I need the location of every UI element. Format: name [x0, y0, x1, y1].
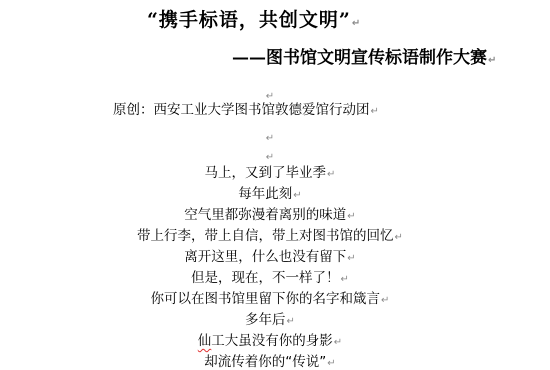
poem-line[interactable]: 仙工大虽没有你的身影↵	[0, 335, 540, 349]
poem-line: 马上，又到了毕业季↵	[0, 167, 540, 181]
poem-line-text: 离开这里，什么也没有留下	[184, 249, 346, 265]
poem-line-text: 却流传着你的“传说”	[204, 354, 326, 370]
poem-line-text: 带上行李，带上自信，带上对图书馆的回忆	[137, 228, 394, 244]
paragraph-mark-icon: ↵	[293, 190, 301, 201]
poem-line: 空气里都弥漫着离别的味道↵	[0, 209, 540, 223]
author-line: 原创：西安工业大学图书馆敦德爱馆行动团↵	[113, 104, 379, 118]
empty-paragraph: ↵	[0, 147, 540, 163]
paragraph-mark-icon: ↵	[341, 274, 349, 285]
poem-line: 带上行李，带上自信，带上对图书馆的回忆↵	[0, 230, 540, 244]
paragraph-mark-icon: ↵	[395, 232, 403, 243]
paragraph-mark-icon: ↵	[266, 152, 274, 163]
empty-paragraph: ↵	[0, 128, 540, 144]
poem-line: 却流传着你的“传说”↵	[0, 356, 540, 370]
title-text: “携手标语，共创文明”	[147, 9, 351, 31]
poem-line: 离开这里，什么也没有留下↵	[0, 251, 540, 265]
paragraph-mark-icon: ↵	[327, 169, 335, 180]
document-subtitle: ——图书馆文明宣传标语制作大赛↵	[232, 50, 496, 67]
empty-paragraph: ↵	[0, 86, 540, 102]
poem-line-text: 空气里都弥漫着离别的味道	[184, 207, 346, 223]
poem-line-text: 但是，现在，不一样了！	[191, 270, 340, 286]
spellcheck-flagged-word[interactable]: 仙	[198, 333, 212, 349]
poem-line-text: 马上，又到了毕业季	[205, 165, 327, 181]
paragraph-mark-icon: ↵	[334, 337, 342, 348]
paragraph-mark-icon: ↵	[266, 133, 274, 144]
paragraph-mark-icon: ↵	[347, 211, 355, 222]
poem-line: 但是，现在，不一样了！↵	[0, 272, 540, 286]
paragraph-mark-icon: ↵	[488, 55, 496, 66]
paragraph-mark-icon: ↵	[327, 358, 335, 369]
paragraph-mark-icon: ↵	[381, 295, 389, 306]
poem-line-text: 多年后	[245, 312, 286, 328]
author-text: 原创：西安工业大学图书馆敦德爱馆行动团	[113, 102, 370, 118]
paragraph-mark-icon: ↵	[266, 91, 274, 102]
paragraph-mark-icon: ↵	[287, 316, 295, 327]
paragraph-mark-icon: ↵	[371, 106, 379, 117]
document-title: “携手标语，共创文明”↵	[147, 11, 361, 30]
paragraph-mark-icon: ↵	[347, 253, 355, 264]
poem-line: 多年后↵	[0, 314, 540, 328]
poem-line: 每年此刻↵	[0, 188, 540, 202]
poem-line: 你可以在图书馆里留下你的名字和箴言↵	[0, 293, 540, 307]
poem-line-text-rest: 工大虽没有你的身影	[211, 333, 333, 349]
poem-line-text: 你可以在图书馆里留下你的名字和箴言	[151, 291, 381, 307]
subtitle-text: ——图书馆文明宣传标语制作大赛	[232, 48, 487, 68]
paragraph-mark-icon: ↵	[352, 18, 361, 29]
poem-line-text: 每年此刻	[238, 186, 292, 202]
